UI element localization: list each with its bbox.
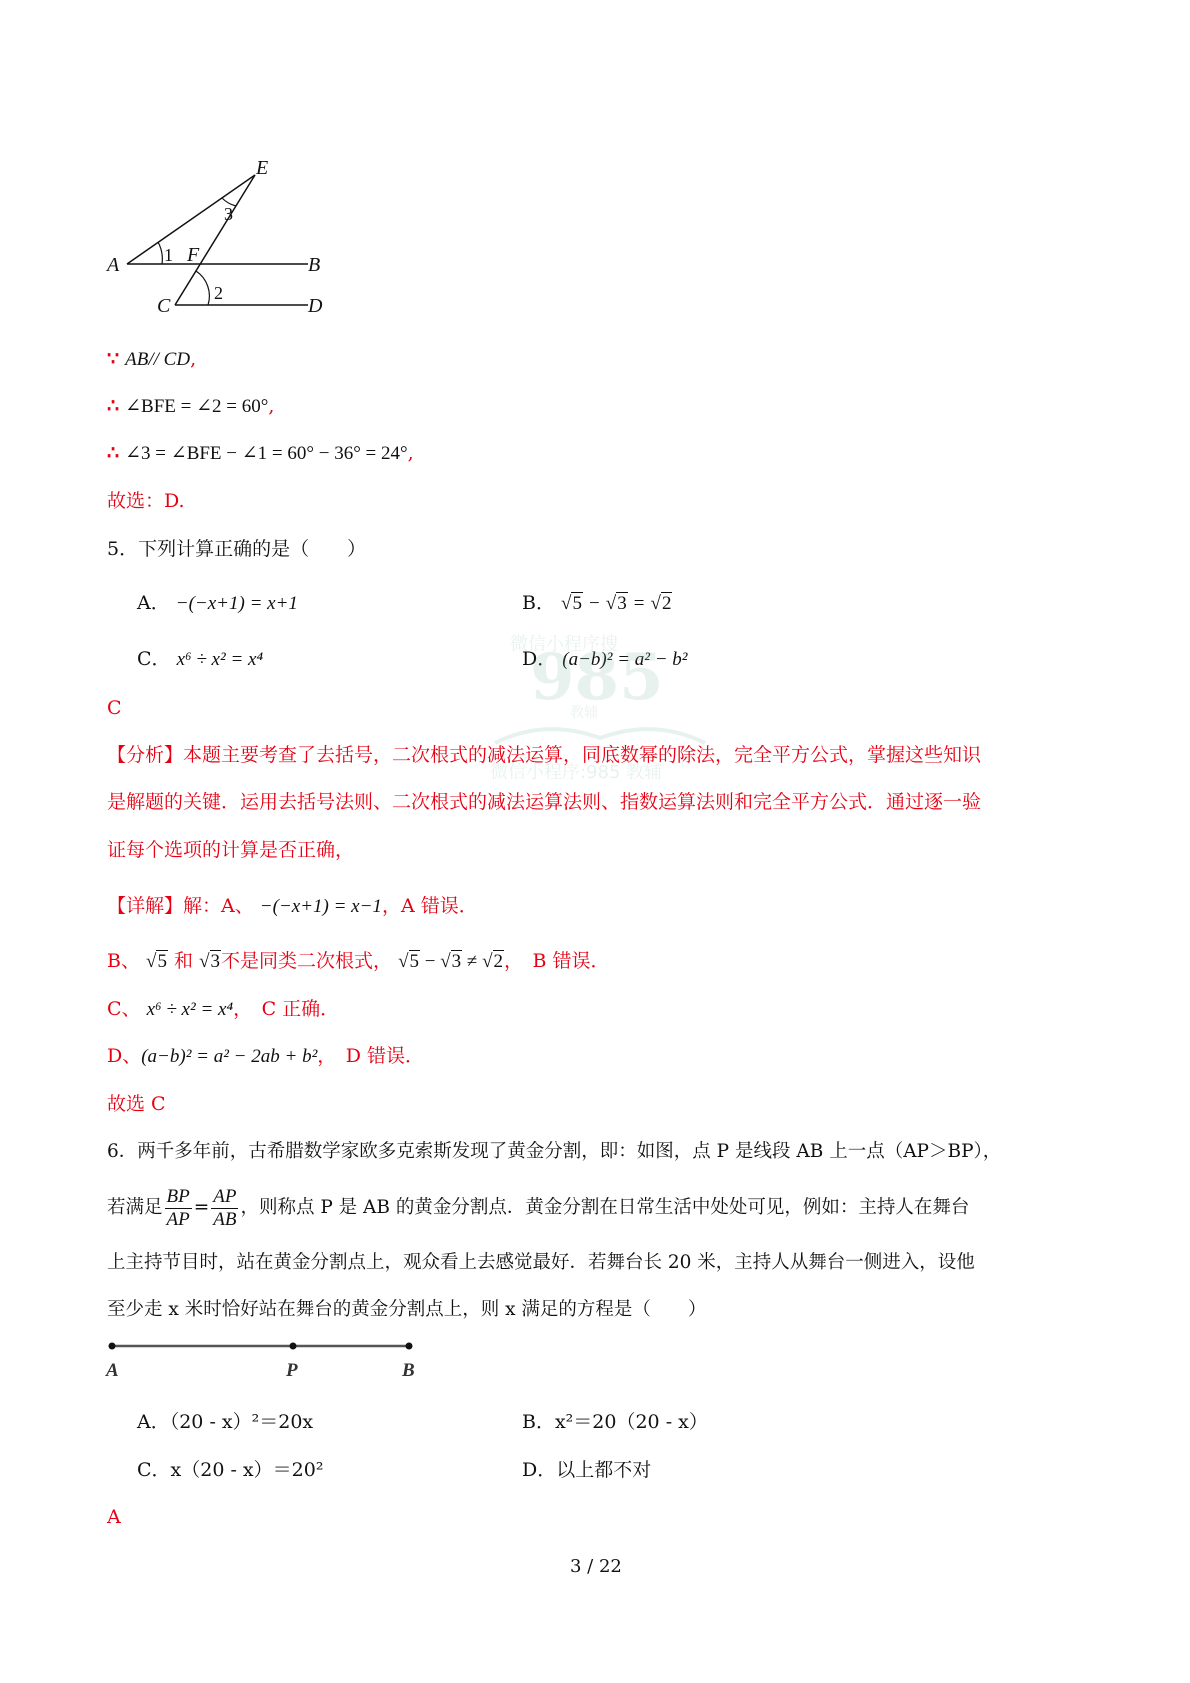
- detail-math: x⁶ ÷ x² = x⁴: [147, 999, 233, 1020]
- minus: −: [589, 593, 600, 614]
- option-label: B．: [522, 592, 555, 614]
- therefore-symbol: ∴: [107, 395, 119, 417]
- option-label: C．: [137, 648, 171, 670]
- sqrt-5: √5: [561, 591, 583, 617]
- solution-q4-line1: ∵ AB// CD,: [107, 346, 196, 373]
- watermark-sub: 教辅: [570, 702, 598, 722]
- q5-detail-c: C、 x⁶ ÷ x² = x⁴， C 正确．: [107, 996, 339, 1023]
- detail-math: (a−b)² = a² − 2ab + b²: [141, 1046, 317, 1067]
- q5-analysis-line2: 是解题的关键．运用去括号法则、二次根式的减法运算法则、指数运算法则和完全平方公式…: [107, 789, 981, 815]
- label-angle-2: 2: [214, 283, 223, 303]
- q5-detail-b: B、 √5 和 √3不是同类二次根式， √5 − √3 ≠ √2， B 错误．: [107, 948, 610, 975]
- q5-stem: 5．下列计算正确的是（ ）: [107, 536, 366, 562]
- analysis-text: 本题主要考查了去括号，二次根式的减法运算，同底数幂的除法，完全平方公式，掌握这些…: [183, 744, 981, 766]
- label-B: B: [308, 254, 320, 276]
- math-parallel: AB// CD: [125, 349, 190, 370]
- q6-answer: A: [107, 1504, 121, 1530]
- math-angle-bfe: ∠BFE = ∠2 = 60°: [125, 396, 268, 417]
- q6-text: ，则称点 P 是 AB 的黄金分割点．黄金分割在日常生活中处处可见，例如：主持人…: [240, 1197, 969, 1218]
- q5-conclusion: 故选 C: [107, 1091, 166, 1117]
- because-symbol: ∵: [107, 348, 119, 370]
- detail-prefix: C、: [107, 998, 141, 1020]
- therefore-symbol: ∴: [107, 442, 119, 464]
- q6-line3: 上主持节目时，站在黄金分割点上，观众看上去感觉最好．若舞台长 20 米，主持人从…: [107, 1250, 975, 1276]
- detail-suffix: ， B 错误．: [504, 950, 610, 972]
- option-label: D．: [522, 648, 556, 670]
- detail-suffix: ， D 错误．: [317, 1045, 424, 1067]
- label-angle-1: 1: [164, 245, 173, 265]
- detail-prefix: B、: [107, 950, 140, 972]
- sqrt-3: √3: [606, 591, 628, 617]
- q6-line4: 至少走 x 米时恰好站在舞台的黄金分割点上，则 x 满足的方程是（ ）: [107, 1297, 706, 1323]
- option-math: −(−x+1) = x+1: [176, 593, 298, 614]
- punct: ,: [190, 348, 196, 370]
- q6-option-c: C．x（20 - x）＝20²: [137, 1457, 323, 1483]
- punct: ,: [268, 395, 274, 417]
- q5-option-b: B． √5 − √3 = √2: [522, 590, 672, 617]
- solution-q4-line2: ∴ ∠BFE = ∠2 = 60°,: [107, 393, 274, 420]
- segment-label-A: A: [105, 1360, 119, 1381]
- detail-suffix: ， C 正确．: [233, 998, 339, 1020]
- segment-label-B: B: [401, 1360, 415, 1381]
- math-angle-3: ∠3 = ∠BFE − ∠1 = 60° − 36° = 24°: [125, 443, 407, 464]
- option-label: A．: [137, 592, 170, 614]
- equals: =: [194, 1197, 210, 1218]
- label-angle-3: 3: [224, 204, 233, 224]
- q6-option-a: A．（20 - x）²＝20x: [137, 1409, 313, 1435]
- q5-option-c: C． x⁶ ÷ x² = x⁴: [137, 646, 263, 673]
- q5-detail-a: 【详解】解：A、 −(−x+1) = x−1，A 错误．: [107, 893, 478, 920]
- q5-answer: C: [107, 695, 122, 721]
- q6-line2: 若满足BPAP=APAB，则称点 P 是 AB 的黄金分割点．黄金分割在日常生活…: [107, 1184, 969, 1232]
- q6-line1: 6．两千多年前，古希腊数学家欧多克索斯发现了黄金分割，即：如图，点 P 是线段 …: [107, 1139, 1001, 1165]
- fraction-ap-ab: APAB: [211, 1186, 238, 1231]
- sqrt-3: √3: [199, 949, 221, 975]
- fraction-bp-ap: BPAP: [165, 1186, 192, 1231]
- detail-label: 【详解】: [107, 895, 183, 917]
- label-A: A: [105, 254, 120, 276]
- detail-text: 不是同类二次根式，: [221, 950, 392, 972]
- detail-prefix: D、: [107, 1045, 141, 1067]
- detail-text: 和: [174, 950, 193, 972]
- analysis-label: 【分析】: [107, 744, 183, 766]
- q4-conclusion: 故选：D.: [107, 488, 185, 514]
- label-F: F: [186, 244, 200, 266]
- q5-analysis-line1: 【分析】本题主要考查了去括号，二次根式的减法运算，同底数幂的除法，完全平方公式，…: [107, 742, 981, 768]
- q5-option-a: A． −(−x+1) = x+1: [137, 590, 298, 617]
- page-number: 3 / 22: [570, 1556, 622, 1577]
- label-C: C: [157, 295, 171, 317]
- option-math: x⁶ ÷ x² = x⁴: [177, 649, 263, 670]
- q5-detail-d: D、(a−b)² = a² − 2ab + b²， D 错误．: [107, 1043, 424, 1070]
- geometry-figure: E A B C D F 1 2 3: [100, 150, 340, 325]
- q6-text: 若满足: [107, 1197, 163, 1218]
- sqrt-5: √5: [146, 949, 168, 975]
- detail-prefix: 解：A、: [183, 895, 254, 917]
- label-D: D: [307, 295, 323, 317]
- equals: =: [634, 593, 645, 614]
- label-E: E: [255, 157, 268, 179]
- segment-label-P: P: [285, 1360, 298, 1381]
- sqrt-2: √2: [651, 591, 673, 617]
- detail-suffix: ，A 错误．: [382, 895, 478, 917]
- punct: ,: [408, 442, 414, 464]
- q6-option-d: D．以上都不对: [522, 1457, 651, 1483]
- segment-diagram: A P B: [104, 1338, 424, 1383]
- solution-q4-line3: ∴ ∠3 = ∠BFE − ∠1 = 60° − 36° = 24°,: [107, 440, 414, 467]
- detail-math: √5 − √3 ≠ √2: [398, 951, 504, 972]
- option-math: (a−b)² = a² − b²: [562, 649, 687, 670]
- q5-option-d: D． (a−b)² = a² − b²: [522, 646, 688, 673]
- detail-math: −(−x+1) = x−1: [260, 896, 382, 917]
- q5-analysis-line3: 证每个选项的计算是否正确，: [107, 837, 354, 863]
- q6-option-b: B．x²＝20（20 - x）: [522, 1409, 708, 1435]
